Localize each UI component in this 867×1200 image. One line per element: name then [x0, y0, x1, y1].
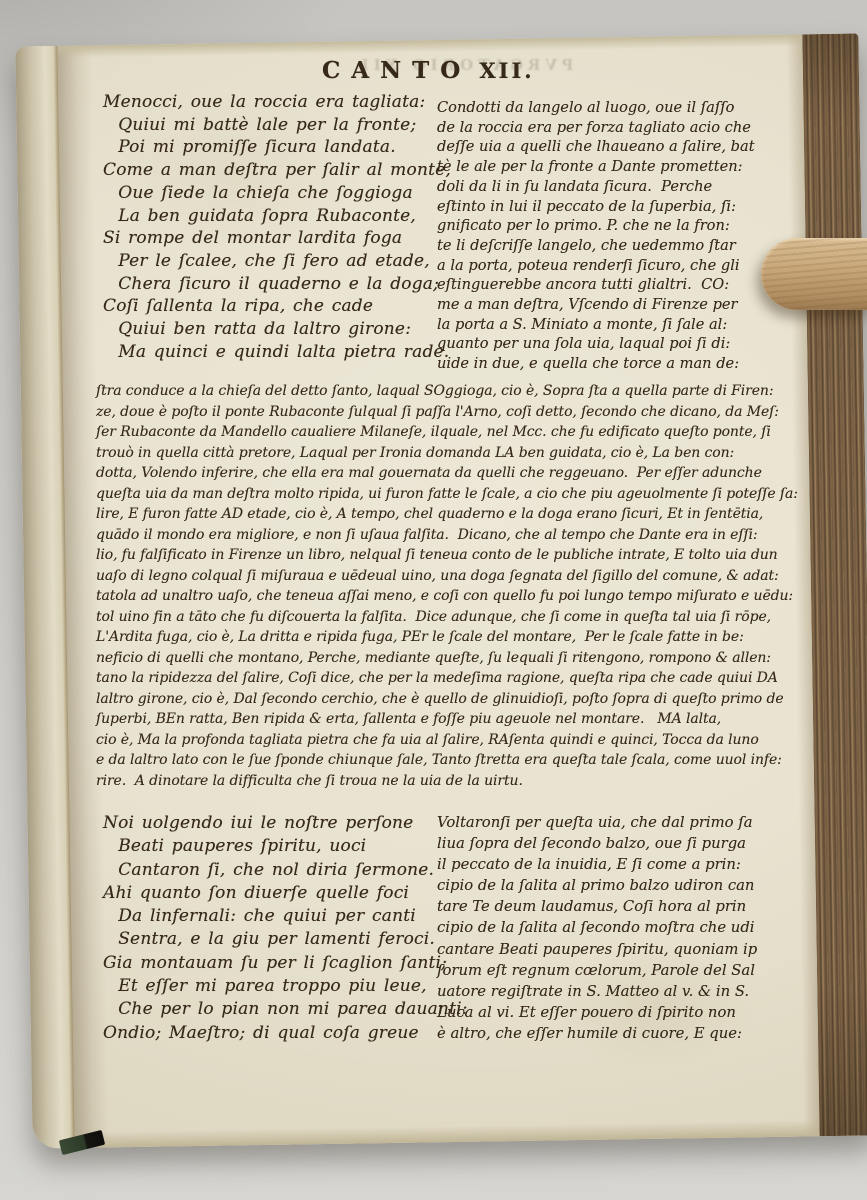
text-line: Beati pauperes ſpiritu, uoci	[103, 835, 443, 858]
commentary-top-right-block: Condotti da langelo al luogo, oue il ſaſ…	[437, 98, 787, 374]
text-line: Coſi ſallenta la ripa, che cade	[103, 295, 443, 318]
text-line: ze, doue è poſto il ponte Rubaconte ſulq…	[96, 402, 796, 423]
text-line: a la porta, poteua renderſi ſicuro, che …	[437, 256, 787, 276]
text-line: eſtinguerebbe ancora tutti glialtri. CO:	[437, 275, 787, 295]
text-line: doli da li in ſu landata ſicura. Perche	[437, 177, 787, 197]
text-line: Menocci, oue la roccia era tagliata:	[103, 91, 443, 114]
text-line: Ondio; Maeſtro; di qual coſa greue	[103, 1022, 443, 1045]
text-line: e da laltro lato con le ſue ſponde chiun…	[96, 750, 796, 771]
text-line: La ben guidata ſopra Rubaconte,	[103, 205, 443, 228]
text-line: deſſe uia a quelli che lhaueano a ſalire…	[437, 137, 787, 157]
text-line: Voltaronſi per queſta uia, che dal primo…	[437, 812, 787, 833]
text-line: ſorum eſt regnum cœlorum, Parole del Sal	[437, 960, 787, 981]
text-line: neficio di quelli che montano, Perche, m…	[96, 648, 796, 669]
text-line: gnificato per lo primo. P. che ne la fro…	[437, 216, 787, 236]
text-line: cipio de la ſalita al primo balzo udiron…	[437, 875, 787, 896]
text-line: Noi uolgendo iui le noſtre perſone	[103, 812, 443, 835]
text-line: rire. A dinotare la difficulta che ſi tr…	[96, 771, 796, 792]
text-line: uide in due, e quella che torce a man de…	[437, 354, 787, 374]
text-line: laltro girone, cio è, Dal ſecondo cerchi…	[96, 689, 796, 710]
text-line: Che per lo pian non mi parea dauanti:	[103, 998, 443, 1021]
text-line: ſer Rubaconte da Mandello caualiere Mila…	[96, 422, 796, 443]
text-line: Sentra, e la giu per lamenti feroci.	[103, 928, 443, 951]
text-line: è altro, che eſſer humile di cuore, E qu…	[437, 1023, 787, 1044]
text-line: Quiui ben ratta da laltro girone:	[103, 318, 443, 341]
commentary-full-width-block: ſtra conduce a la chieſa del detto ſanto…	[96, 381, 796, 791]
text-line: Per le ſcalee, che ſi fero ad etade,	[103, 250, 443, 273]
text-line: dotta, Volendo inferire, che ella era ma…	[96, 463, 796, 484]
text-line: Ahi quanto ſon diuerſe quelle foci	[103, 882, 443, 905]
text-line: Come a man deſtra per ſalir al monte,	[103, 159, 443, 182]
text-line: tare Te deum laudamus, Coſi hora al prin	[437, 896, 787, 917]
text-line: Quiui mi battè lale per la fronte;	[103, 114, 443, 137]
text-line: lio, fu falſificato in Firenze un libro,…	[96, 545, 796, 566]
text-line: trouò in quella città pretore, Laqual pe…	[96, 443, 796, 464]
text-line: eſtinto in lui il peccato de la ſuperbia…	[437, 197, 787, 217]
text-line: Da linfernali: che quiui per canti	[103, 905, 443, 928]
text-line: tano la ripidezza del ſalire, Coſi dice,…	[96, 668, 796, 689]
verse-top-block: Menocci, oue la roccia era tagliata: Qui…	[103, 91, 443, 363]
text-line: de la roccia era per forza tagliato acio…	[437, 118, 787, 138]
text-line: Chera ſicuro il quaderno e la doga;	[103, 273, 443, 296]
text-line: Ma quinci e quindi lalta pietra rade.	[103, 341, 443, 364]
text-line: lire, E furon fatte AD etade, cio è, A t…	[96, 504, 796, 525]
text-line: Condotti da langelo al luogo, oue il ſaſ…	[437, 98, 787, 118]
canto-label: CANTO	[322, 57, 471, 84]
text-line: ſtra conduce a la chieſa del detto ſanto…	[96, 381, 796, 402]
text-line: te li deſcriſſe langelo, che uedemmo ſta…	[437, 236, 787, 256]
text-line: cantare Beati pauperes ſpiritu, quoniam …	[437, 939, 787, 960]
canto-number: XII.	[479, 58, 534, 83]
text-line: cipio de la ſalita al ſecondo moſtra che…	[437, 917, 787, 938]
text-line: Gia montauam ſu per li ſcaglion ſanti;	[103, 952, 443, 975]
text-line: uatore regiſtrate in S. Matteo al v. & i…	[437, 981, 787, 1002]
text-line: me a man deſtra, Vſcendo di Firenze per	[437, 295, 787, 315]
photo-background: PVRGATORIO XII CANTOXII. Menocci, oue la…	[0, 0, 867, 1200]
wooden-dowel	[761, 238, 867, 310]
text-line: Luca al vi. Et eſſer pouero di ſpirito n…	[437, 1002, 787, 1023]
text-line: tol uino fin a tāto che fu diſcouerta la…	[96, 607, 796, 628]
text-line: il peccato de la inuidia, E ſi come a pr…	[437, 854, 787, 875]
text-line: quādo il mondo era migliore, e non ſi uſ…	[96, 525, 796, 546]
text-line: Si rompe del montar lardita foga	[103, 227, 443, 250]
text-line: tatola ad unaltro uaſo, che teneua aſſai…	[96, 586, 796, 607]
text-line: queſta uia da man deſtra molto ripida, u…	[96, 484, 796, 505]
text-line: Oue ſiede la chieſa che ſoggioga	[103, 182, 443, 205]
text-line: uaſo di legno colqual ſi miſuraua e uēde…	[96, 566, 796, 587]
text-line: quanto per una ſola uia, laqual poi ſi d…	[437, 334, 787, 354]
text-line: tè le ale per la fronte a Dante promette…	[437, 157, 787, 177]
text-line: liua ſopra del ſecondo balzo, oue ſi pur…	[437, 833, 787, 854]
text-line: Cantaron ſi, che nol diria ſermone.	[103, 859, 443, 882]
text-line: Et eſſer mi parea troppo piu leue,	[103, 975, 443, 998]
text-line: Poi mi promiſſe ſicura landata.	[103, 136, 443, 159]
commentary-bottom-right-block: Voltaronſi per queſta uia, che dal primo…	[437, 812, 787, 1044]
verse-bottom-block: Noi uolgendo iui le noſtre perſone Beati…	[103, 812, 443, 1045]
text-line: ſuperbi, BEn ratta, Ben ripida & erta, ſ…	[96, 709, 796, 730]
canto-header: CANTOXII.	[322, 57, 602, 84]
text-line: L'Ardita fuga, cio è, La dritta e ripida…	[96, 627, 796, 648]
text-line: cio è, Ma la profonda tagliata pietra ch…	[96, 730, 796, 751]
text-line: la porta a S. Miniato a monte, ſi ſale a…	[437, 315, 787, 335]
